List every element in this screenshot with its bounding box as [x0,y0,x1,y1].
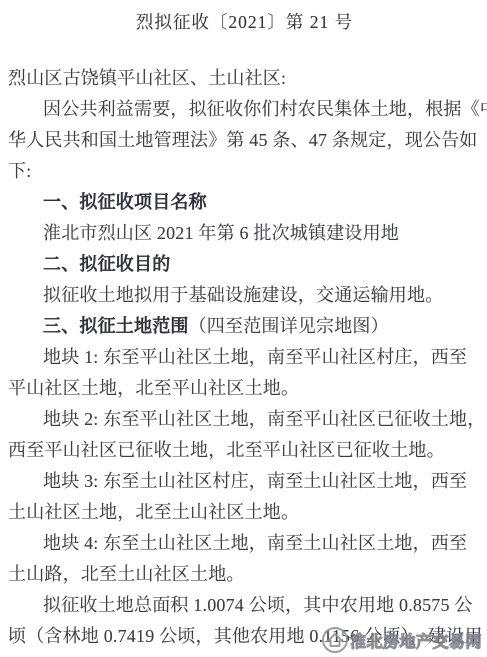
line-text: 地块 2: 东至平山社区土地，南至平山社区已征收土地， [43,409,485,429]
line-text: 二、拟征收目的 [43,254,170,274]
document-line: 二、拟征收目的 [8,249,481,280]
document-line: 拟征收土地拟用于基础设施建设，交通运输用地。 [8,280,481,311]
line-text: 西至平山社区已征收土地，北至平山社区已征收土地。 [8,440,445,460]
document-scan: 烈拟征收〔2021〕第 21 号 烈山区古饶镇平山社区、土山社区:因公共利益需要… [0,0,487,657]
line-text: 地块 4: 东至土山社区土地，南至土山社区土地，西至 [43,533,467,553]
line-text: 土山社区土地，北至土山社区土地。 [8,502,299,522]
document-line: 顷（含林地 0.7419 公顷，其他农用地 0.1156 公顷），建设用 [8,621,481,652]
document-line: 西至平山社区已征收土地，北至平山社区已征收土地。 [8,435,481,466]
line-text: （四至范围详见宗地图） [189,316,389,336]
line-text: 淮北市烈山区 2021 年第 6 批次城镇建设用地 [43,223,399,243]
line-text: 下: [8,161,31,181]
document-line: 土山路，北至土山社区土地。 [8,559,481,590]
document-line: 地块 4: 东至土山社区土地，南至土山社区土地，西至 [8,528,481,559]
document-line: 一、拟征收项目名称 [8,187,481,218]
document-number-title: 烈拟征收〔2021〕第 21 号 [8,10,481,34]
document-line: 平山社区土地，北至平山社区土地。 [8,373,481,404]
line-text: 三、拟征土地范围 [43,316,189,336]
line-text: 顷（含林地 0.7419 公顷，其他农用地 0.1156 公顷），建设用 [8,626,483,646]
document-page: 烈拟征收〔2021〕第 21 号 烈山区古饶镇平山社区、土山社区:因公共利益需要… [0,0,487,657]
document-line: 烈山区古饶镇平山社区、土山社区: [8,63,481,94]
document-line: 地块 1: 东至平山社区土地，南至平山社区村庄，西至 [8,342,481,373]
document-line: 拟征收土地总面积 1.0074 公顷，其中农用地 0.8575 公 [8,590,481,621]
document-line: 华人民共和国土地管理法》第 45 条、47 条规定，现公告如 [8,125,481,156]
line-text: 华人民共和国土地管理法》第 45 条、47 条规定，现公告如 [8,130,478,150]
document-line: 地块 3: 东至土山社区村庄，南至土山社区土地，西至 [8,466,481,497]
document-line: 淮北市烈山区 2021 年第 6 批次城镇建设用地 [8,218,481,249]
document-body: 烈山区古饶镇平山社区、土山社区:因公共利益需要，拟征收你们村农民集体土地，根据《… [8,63,481,652]
line-text: 因公共利益需要，拟征收你们村农民集体土地，根据《中 [43,99,487,119]
line-text: 地块 1: 东至平山社区土地，南至平山社区村庄，西至 [43,347,467,367]
line-text: 一、拟征收项目名称 [43,192,207,212]
line-text: 平山社区土地，北至平山社区土地。 [8,378,299,398]
document-line: 因公共利益需要，拟征收你们村农民集体土地，根据《中 [8,94,481,125]
line-text: 土山路，北至土山社区土地。 [8,564,245,584]
line-text: 地块 3: 东至土山社区村庄，南至土山社区土地，西至 [43,471,467,491]
document-line: 地块 2: 东至平山社区土地，南至平山社区已征收土地， [8,404,481,435]
document-line: 下: [8,156,481,187]
document-line: 三、拟征土地范围（四至范围详见宗地图） [8,311,481,342]
line-text: 烈山区古饶镇平山社区、土山社区: [8,68,286,88]
line-text: 拟征收土地总面积 1.0074 公顷，其中农用地 0.8575 公 [43,595,473,615]
document-line: 土山社区土地，北至土山社区土地。 [8,497,481,528]
line-text: 拟征收土地拟用于基础设施建设，交通运输用地。 [43,285,443,305]
